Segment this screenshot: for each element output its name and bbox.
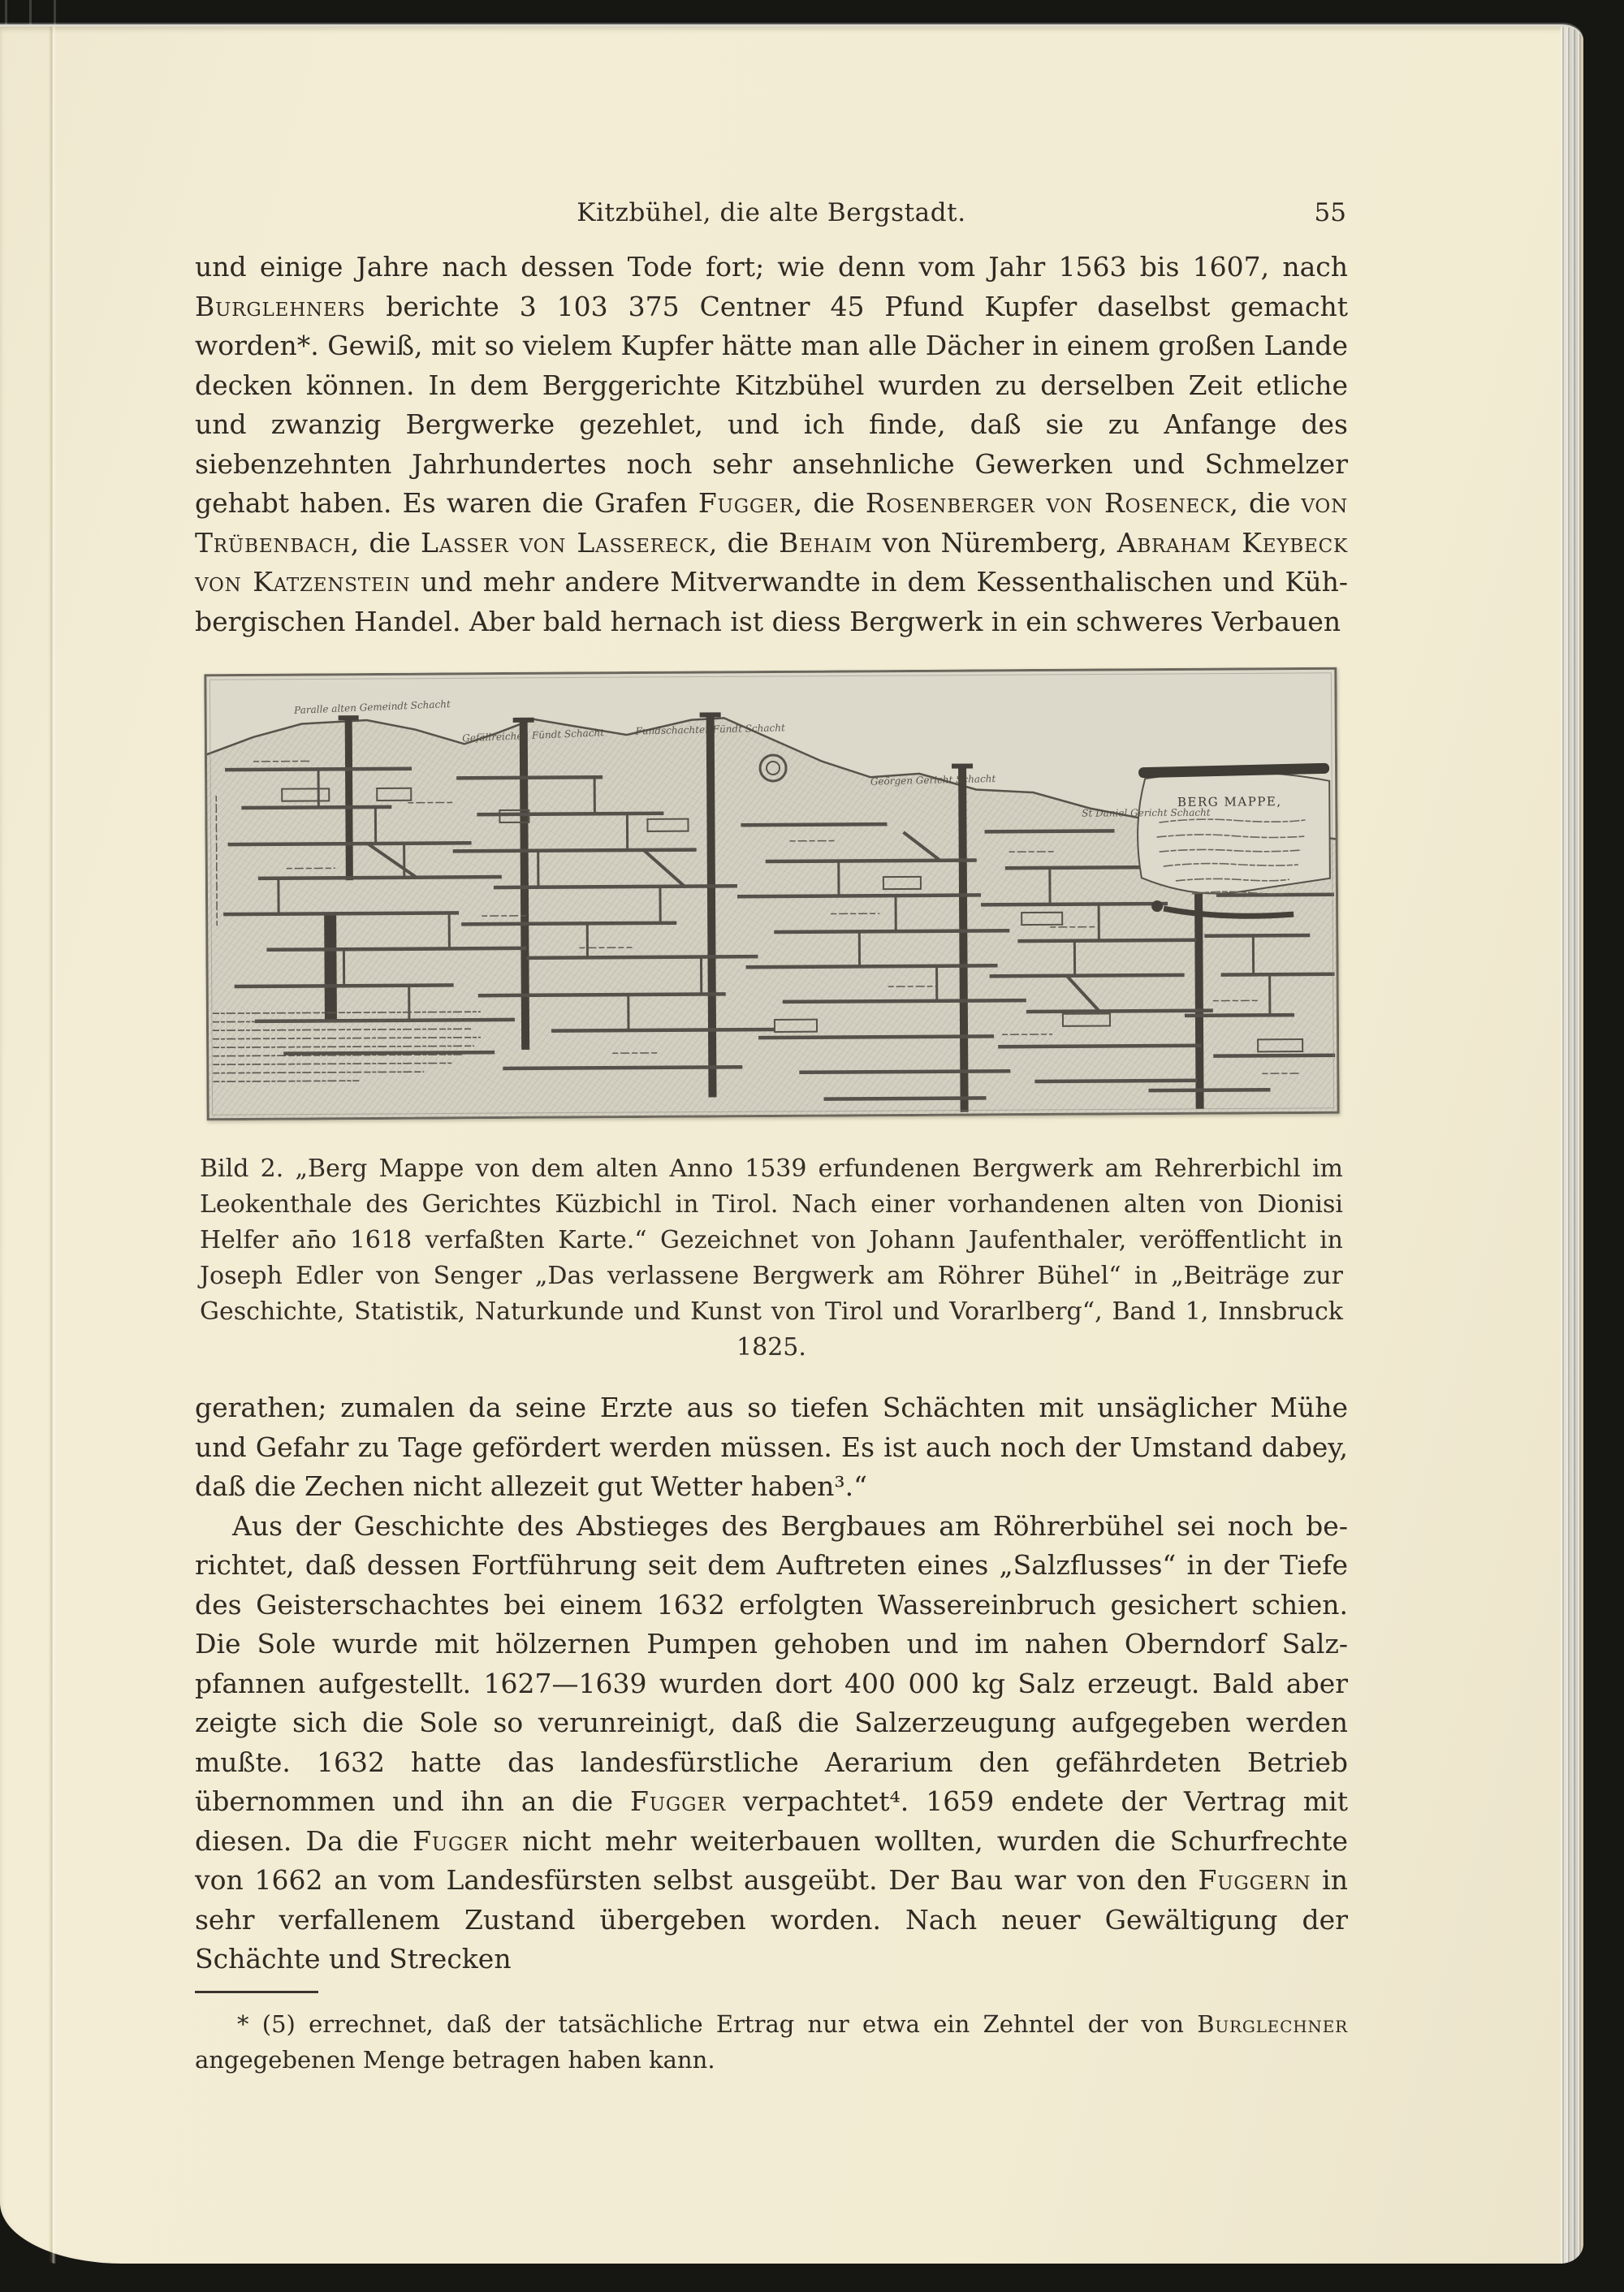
paragraph-1: und einige Jahre nach dessen Tode fort; …	[195, 248, 1348, 641]
figure-caption: Bild 2. „Berg Mappe von dem alten Anno 1…	[200, 1151, 1343, 1366]
svg-text:St Daniel Gericht Schacht: St Daniel Gericht Schacht	[1082, 807, 1211, 819]
book-page: Kitzbühel, die alte Bergstadt. 55 und ei…	[0, 24, 1583, 2264]
scanned-book-photo: { "document": { "running_head": "Kitzbüh…	[0, 0, 1624, 2292]
footnote-rule	[195, 1991, 318, 1993]
page-title: Kitzbühel, die alte Bergstadt.	[577, 198, 965, 227]
paragraph-3: Aus der Geschichte des Abstieges des Ber…	[195, 1507, 1348, 1979]
running-head: Kitzbühel, die alte Bergstadt. 55	[195, 197, 1348, 228]
figure-plate-bild2: BERG MAPPE, Paralle alten Gemeindt Schac…	[204, 667, 1339, 1121]
text-column: Kitzbühel, die alte Bergstadt. 55 und ei…	[195, 27, 1348, 2078]
cartouche-curl	[1151, 900, 1163, 912]
page-edge-stack	[1561, 27, 1583, 2264]
footnote: * (5) errechnet, daß der tatsächliche Er…	[195, 2006, 1348, 2078]
book-spine-page-edges	[5, 0, 78, 28]
page-fold-crease	[49, 27, 56, 2264]
page-number: 55	[1315, 197, 1346, 228]
paragraph-2: gerathen; zumalen da seine Erzte aus so …	[195, 1388, 1348, 1507]
